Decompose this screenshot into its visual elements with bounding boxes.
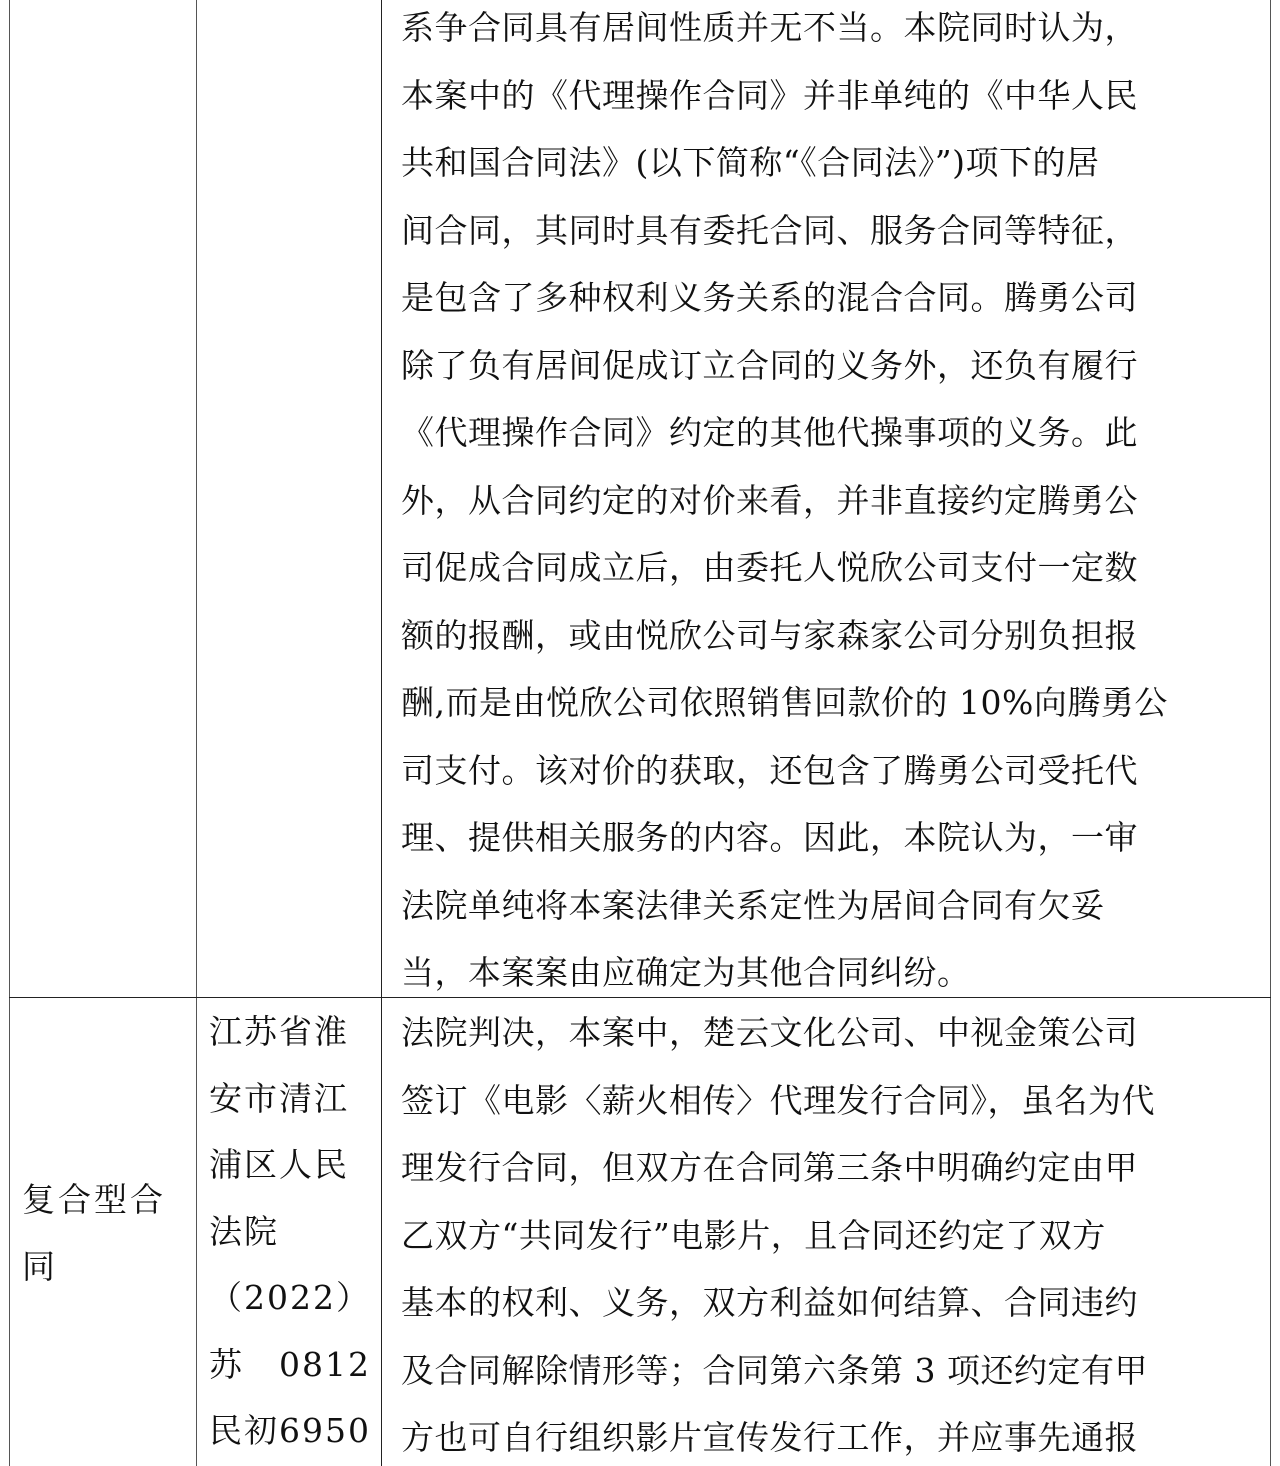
court-case-line: 苏 0812 [209,1332,381,1399]
excerpt-line: 乙双方“共同发行”电影片，且合同还约定了双方 [401,1202,1271,1270]
excerpt-line: 当，本案案由应确定为其他合同纠纷。 [401,939,1271,1007]
contract-type-line: 同 [22,1233,196,1300]
excerpt-line: 及合同解除情形等；合同第六条第 3 项还约定有甲 [401,1337,1271,1405]
court-case-line: （2022） [209,1265,381,1332]
case-table: 系争合同具有居间性质并无不当。本院同时认为， 本案中的《代理操作合同》并非单纯的… [9,0,1271,1466]
excerpt-line: 基本的权利、义务，双方利益如何结算、合同违约 [401,1269,1271,1337]
excerpt-line: 法院判决，本案中，楚云文化公司、中视金策公司 [401,999,1271,1067]
row2-excerpt-cell: 法院判决，本案中，楚云文化公司、中视金策公司 签订《电影〈薪火相传〉代理发行合同… [391,999,1271,1466]
excerpt-line: 是包含了多种权利义务关系的混合合同。腾勇公司 [401,264,1271,332]
excerpt-line: 系争合同具有居间性质并无不当。本院同时认为， [401,0,1271,62]
excerpt-line: 方也可自行组织影片宣传发行工作，并应事先通报 [401,1404,1271,1466]
excerpt-line: 法院单纯将本案法律关系定性为居间合同有欠妥 [401,872,1271,940]
court-case-line: 江苏省淮 [209,999,381,1066]
excerpt-line: 签订《电影〈薪火相传〉代理发行合同》，虽名为代 [401,1067,1271,1135]
excerpt-line: 本案中的《代理操作合同》并非单纯的《中华人民 [401,62,1271,130]
excerpt-line: 《代理操作合同》约定的其他代操事项的义务。此 [401,399,1271,467]
excerpt-line: 除了负有居间促成订立合同的义务外，还负有履行 [401,332,1271,400]
excerpt-line: 外，从合同约定的对价来看，并非直接约定腾勇公 [401,467,1271,535]
excerpt-line: 理发行合同，但双方在合同第三条中明确约定由甲 [401,1134,1271,1202]
excerpt-line: 酬,而是由悦欣公司依照销售回款价的 10%向腾勇公 [401,669,1271,737]
court-case-line: 民初6950 [209,1398,381,1465]
excerpt-line: 额的报酬，或由悦欣公司与家森家公司分别负担报 [401,602,1271,670]
excerpt-line: 间合同，其同时具有委托合同、服务合同等特征， [401,197,1271,265]
excerpt-line: 共和国合同法》(以下简称“《合同法》”)项下的居 [401,129,1271,197]
excerpt-line: 理、提供相关服务的内容。因此，本院认为，一审 [401,804,1271,872]
row2-type-cell: 复合型合 同 [10,1166,196,1300]
column-divider-2 [381,0,382,1466]
court-case-line: 法院 [209,1199,381,1266]
court-case-line: 安市清江 [209,1066,381,1133]
excerpt-line: 司促成合同成立后，由委托人悦欣公司支付一定数 [401,534,1271,602]
court-case-line: 浦区人民 [209,1132,381,1199]
row2-court-cell: 江苏省淮 安市清江 浦区人民 法院 （2022） 苏 0812 民初6950 [197,999,381,1465]
row1-excerpt-cell: 系争合同具有居间性质并无不当。本院同时认为， 本案中的《代理操作合同》并非单纯的… [391,0,1271,1007]
excerpt-line: 司支付。该对价的获取，还包含了腾勇公司受托代 [401,737,1271,805]
contract-type-line: 复合型合 [22,1166,196,1233]
